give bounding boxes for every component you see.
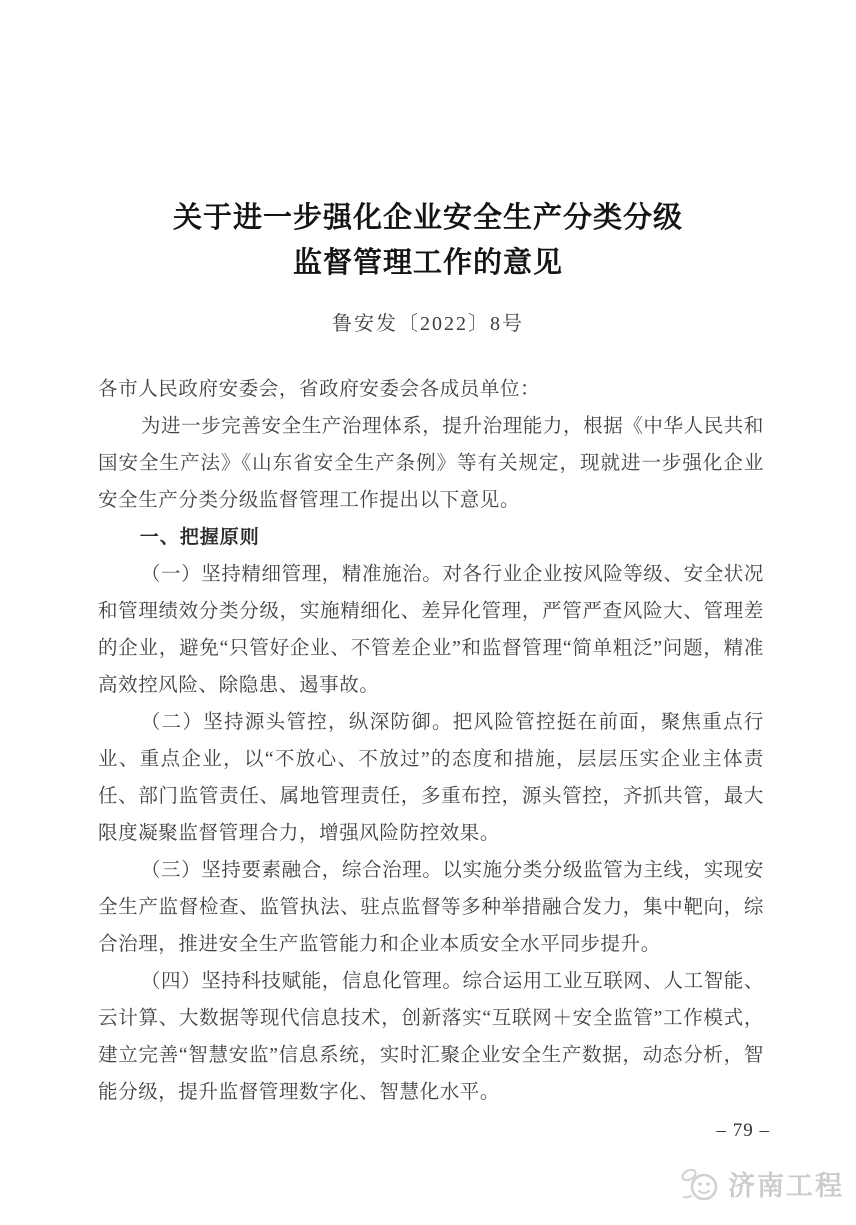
salutation-line: 各市人民政府安委会，省政府安委会各成员单位： xyxy=(98,371,764,408)
section-heading-principles: 一、把握原则 xyxy=(98,519,764,556)
title-line-1: 关于进一步强化企业安全生产分类分级 xyxy=(0,196,856,241)
principle-item-2: （二）坚持源头管控，纵深防御。把风险管控挺在前面，聚焦重点行业、重点企业，以“不… xyxy=(98,704,764,852)
document-number: 鲁安发〔2022〕8号 xyxy=(0,307,856,336)
document-page: 关于进一步强化企业安全生产分类分级 监督管理工作的意见 鲁安发〔2022〕8号 … xyxy=(0,0,856,1225)
watermark: 济南工程 xyxy=(679,1164,844,1203)
principle-item-1: （一）坚持精细管理，精准施治。对各行业企业按风险等级、安全状况和管理绩效分类分级… xyxy=(98,556,764,704)
bee-mascot-icon xyxy=(679,1165,723,1203)
watermark-text: 济南工程 xyxy=(728,1164,844,1203)
title-line-2: 监督管理工作的意见 xyxy=(0,241,856,286)
intro-paragraph: 为进一步完善安全生产治理体系，提升治理能力，根据《中华人民共和国安全生产法》《山… xyxy=(98,408,764,519)
principle-item-4: （四）坚持科技赋能，信息化管理。综合运用工业互联网、人工智能、云计算、大数据等现… xyxy=(98,963,764,1111)
document-body: 各市人民政府安委会，省政府安委会各成员单位： 为进一步完善安全生产治理体系，提升… xyxy=(98,371,764,1111)
document-title: 关于进一步强化企业安全生产分类分级 监督管理工作的意见 xyxy=(0,196,856,286)
principle-item-3: （三）坚持要素融合，综合治理。以实施分类分级监管为主线，实现安全生产监督检查、监… xyxy=(98,852,764,963)
page-number: – 79 – xyxy=(717,1120,771,1142)
